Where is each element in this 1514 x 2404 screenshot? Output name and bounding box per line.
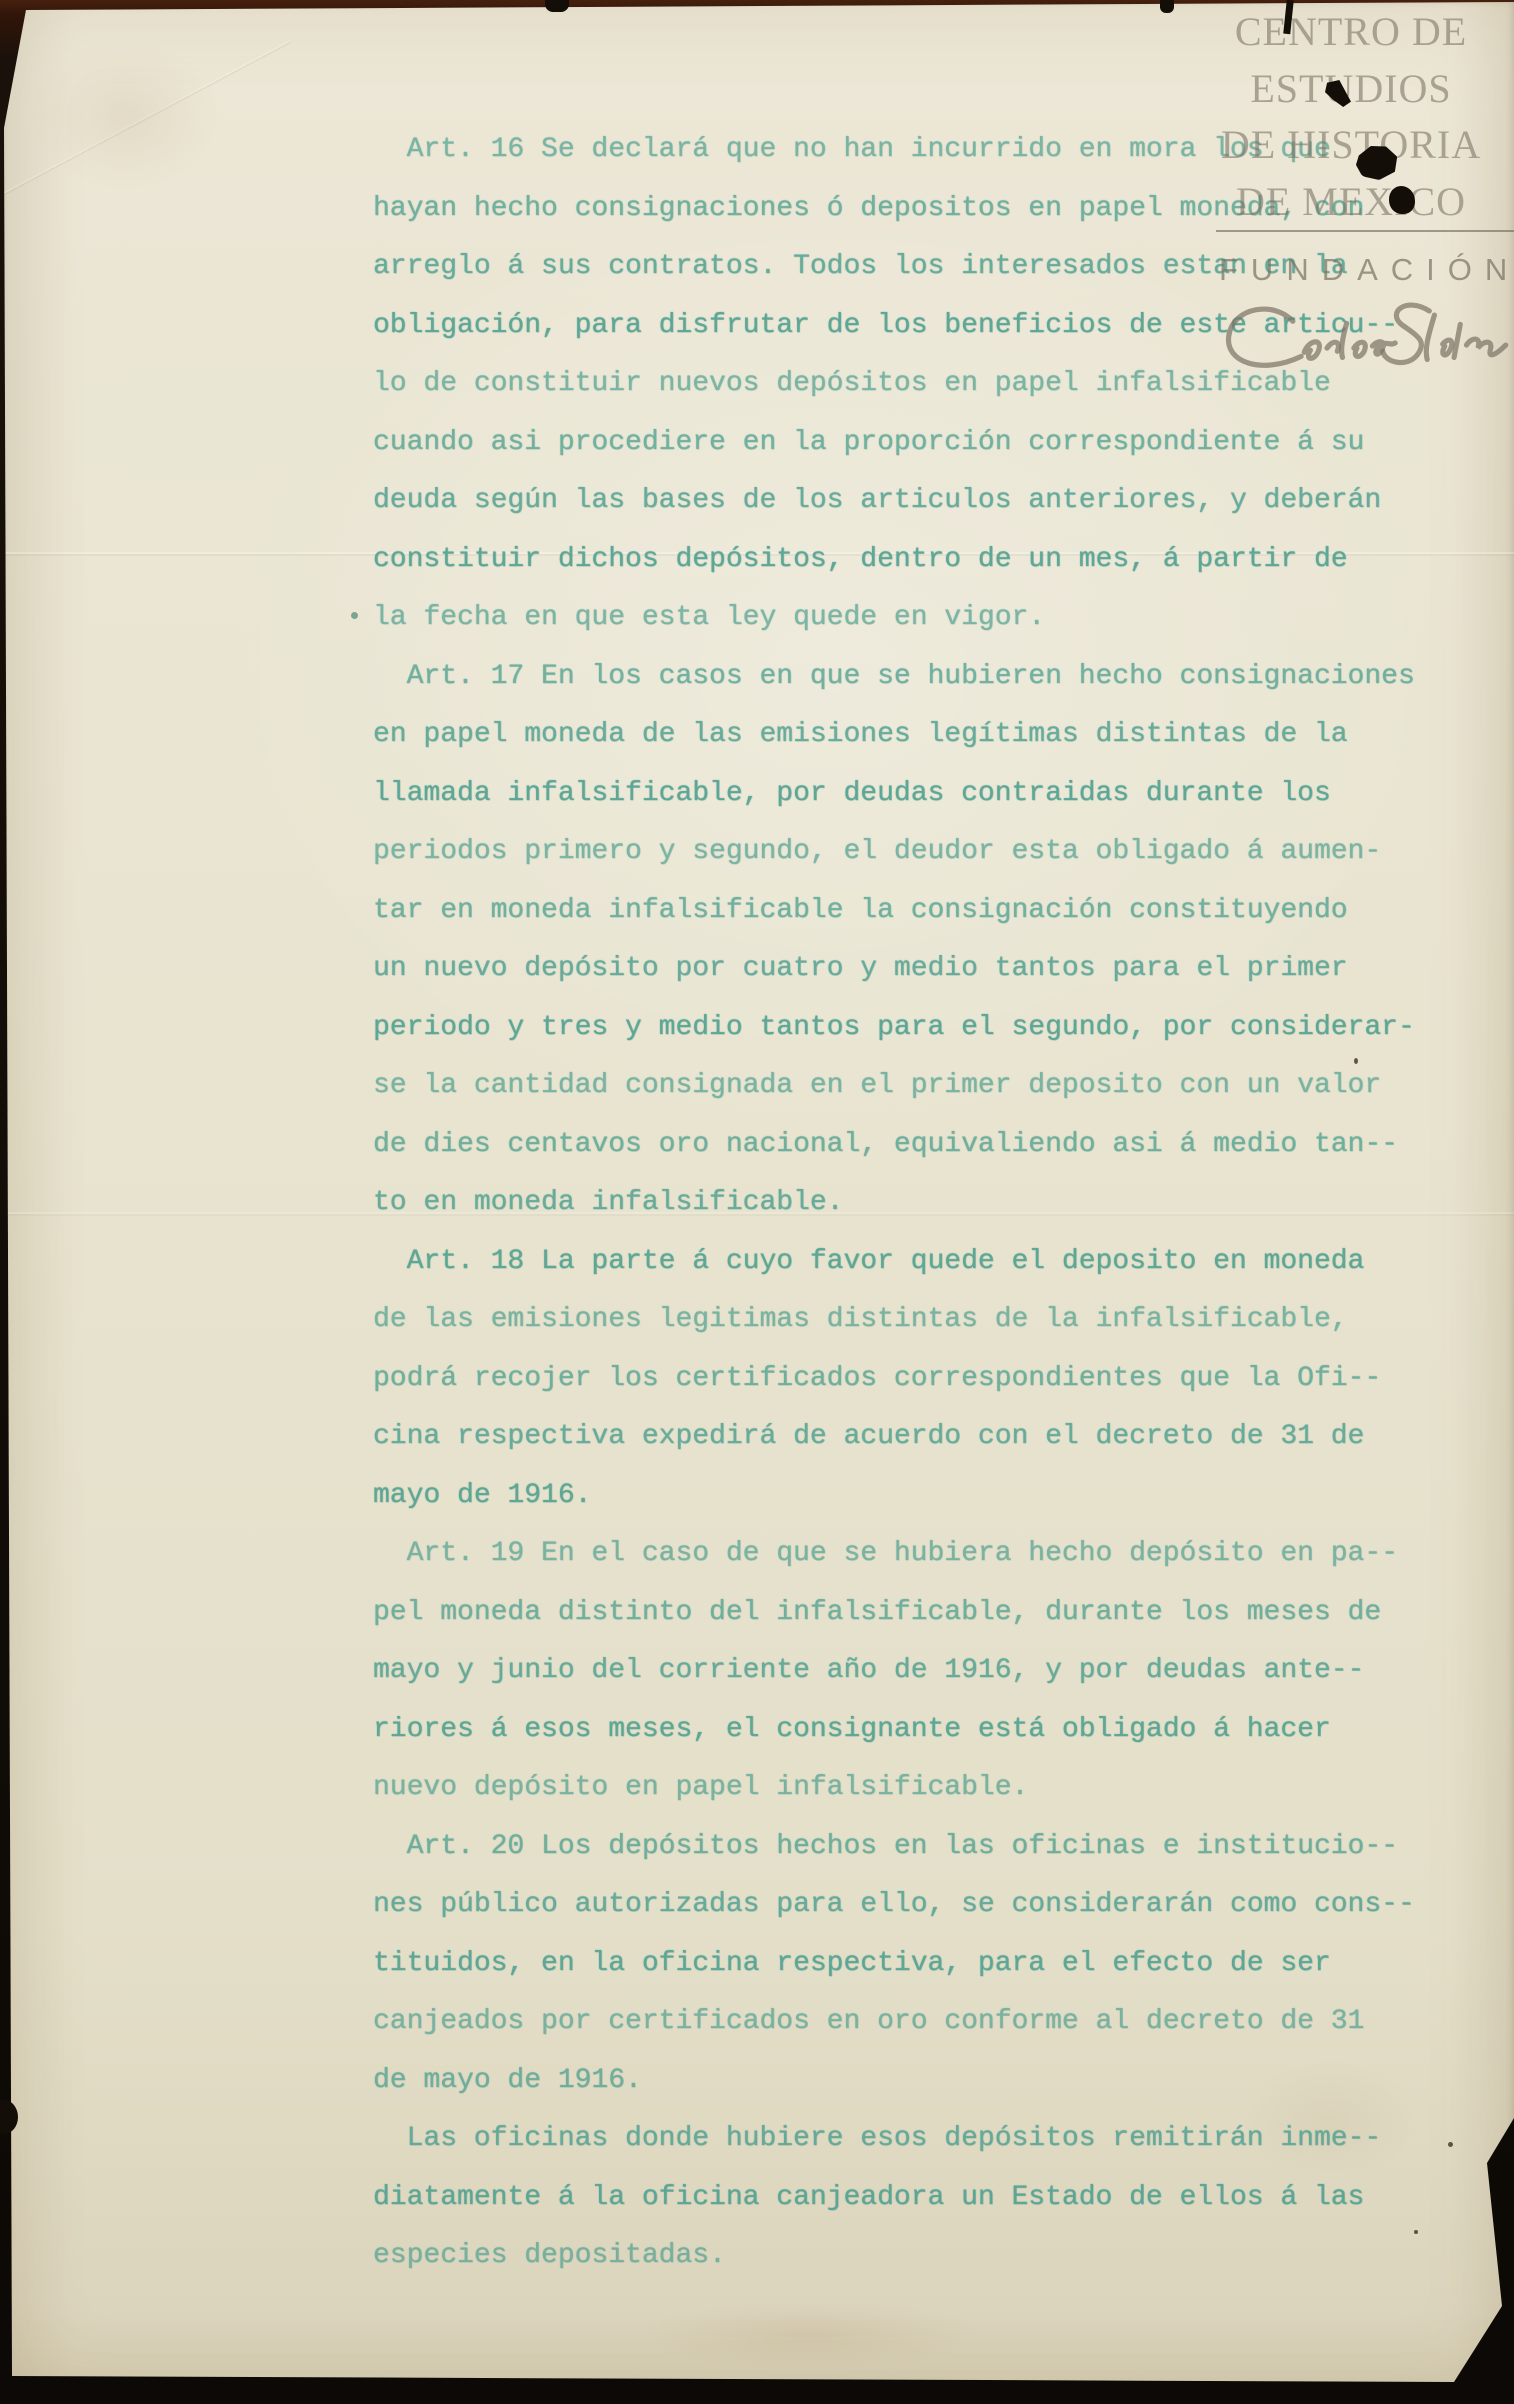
typed-line: podrá recojer los certificados correspon… [373,1350,1463,1409]
typed-line: tituidos, en la oficina respectiva, para… [373,1935,1463,1994]
typed-line: cuando asi procediere en la proporción c… [373,414,1463,473]
typed-line: se la cantidad consignada en el primer d… [373,1057,1463,1116]
typed-line: lo de constituir nuevos depósitos en pap… [373,355,1463,414]
typed-line: en papel moneda de las emisiones legítim… [373,706,1463,765]
typed-line: mayo y junio del corriente año de 1916, … [373,1642,1463,1701]
speck [1414,2230,1418,2234]
typed-line: tar en moneda infalsificable la consigna… [373,882,1463,941]
typed-line: riores á esos meses, el consignante está… [373,1701,1463,1760]
typed-line: especies depositadas. [373,2227,1463,2286]
speck [1354,1058,1358,1064]
typed-line: periodos primero y segundo, el deudor es… [373,823,1463,882]
typed-line: un nuevo depósito por cuatro y medio tan… [373,940,1463,999]
typed-line: nes público autorizadas para ello, se co… [373,1876,1463,1935]
ink-speck [351,612,358,619]
stain [30,40,220,190]
typed-text: Art. 16 Se declará que no han incurrido … [373,121,1463,2286]
typed-line: mayo de 1916. [373,1467,1463,1526]
typed-line: hayan hecho consignaciones ó depositos e… [373,180,1463,239]
punch-hole [1389,186,1415,214]
typed-line: de mayo de 1916. [373,2052,1463,2111]
scan-background: Art. 16 Se declará que no han incurrido … [0,0,1514,2404]
typed-line: constituir dichos depósitos, dentro de u… [373,531,1463,590]
typed-line: to en moneda infalsificable. [373,1174,1463,1233]
typed-line: canjeados por certificados en oro confor… [373,1993,1463,2052]
typed-line: arreglo á sus contratos. Todos los inter… [373,238,1463,297]
typed-line: deuda según las bases de los articulos a… [373,472,1463,531]
edge-notch [1160,0,1174,13]
typed-line: Art. 19 En el caso de que se hubiera hec… [373,1525,1463,1584]
typed-line: pel moneda distinto del infalsificable, … [373,1584,1463,1643]
typed-line: Art. 18 La parte á cuyo favor quede el d… [373,1233,1463,1292]
typed-line: la fecha en que esta ley quede en vigor. [373,589,1463,648]
typed-line: de dies centavos oro nacional, equivalie… [373,1116,1463,1175]
typed-line: de las emisiones legitimas distintas de … [373,1291,1463,1350]
typed-line: Art. 17 En los casos en que se hubieren … [373,648,1463,707]
crease-line [0,40,291,202]
stain [640,2300,980,2370]
typed-line: cina respectiva expedirá de acuerdo con … [373,1408,1463,1467]
typed-line: Las oficinas donde hubiere esos depósito… [373,2110,1463,2169]
typed-line: nuevo depósito en papel infalsificable. [373,1759,1463,1818]
document-page: Art. 16 Se declará que no han incurrido … [0,0,1514,2404]
typed-line: obligación, para disfrutar de los benefi… [373,297,1463,356]
typed-line: Art. 20 Los depósitos hechos en las ofic… [373,1818,1463,1877]
typed-line: periodo y tres y medio tantos para el se… [373,999,1463,1058]
edge-notch [545,0,569,12]
typed-line: diatamente á la oficina canjeadora un Es… [373,2169,1463,2228]
typed-line: Art. 16 Se declará que no han incurrido … [373,121,1463,180]
typed-line: llamada infalsificable, por deudas contr… [373,765,1463,824]
speck [1448,2142,1453,2147]
